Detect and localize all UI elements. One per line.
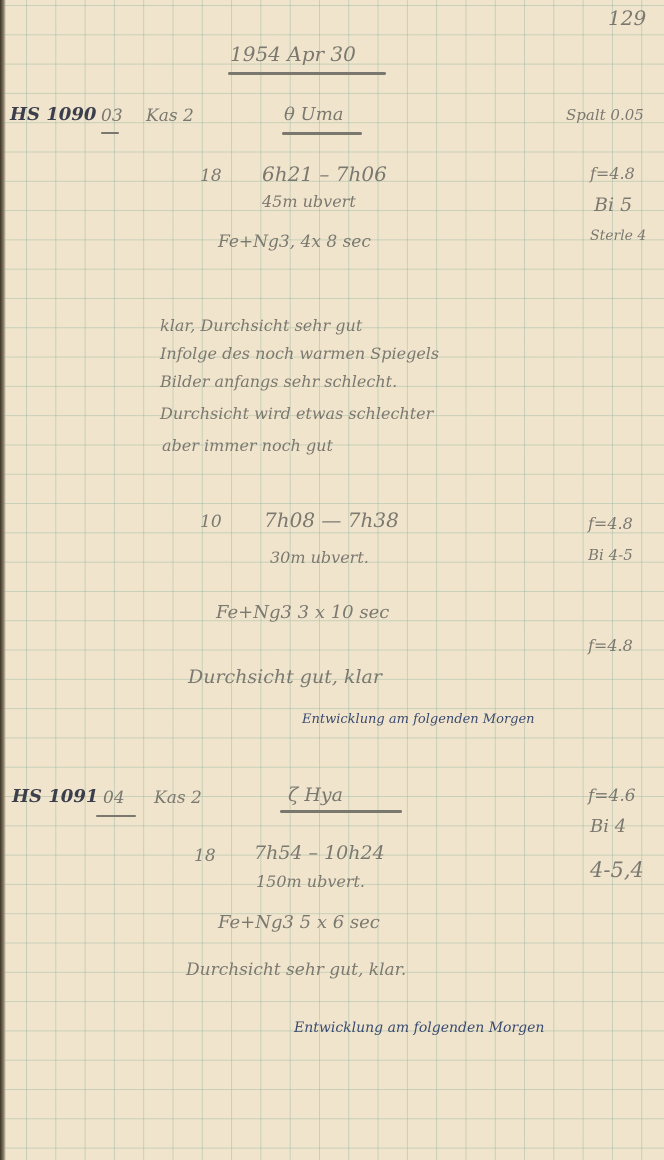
remark-line-1: klar, Durchsicht sehr gut (160, 316, 362, 335)
exposure-duration-1: 45m ubvert (262, 192, 356, 211)
cassette-2: Kas 2 (154, 788, 202, 808)
focus-note-3: f=4.6 (588, 786, 636, 806)
plate-id-2: HS 1091 (12, 786, 98, 807)
exposure-time-2: 7h08 — 7h38 (264, 508, 399, 532)
plate-no-2: 04 (103, 788, 125, 808)
page-number: 129 (608, 6, 646, 30)
remark-2: Durchsicht gut, klar (188, 666, 382, 688)
remark-line-5: aber immer noch gut (162, 436, 333, 455)
focus-note-2b: f=4.8 (588, 636, 633, 655)
page-binding-edge (0, 0, 6, 1160)
comparison-3: Fe+Ng3 5 x 6 sec (218, 912, 380, 933)
comparison-1: Fe+Ng3, 4x 8 sec (218, 232, 371, 252)
exposure-count-3: 18 (194, 846, 216, 866)
focus-note-2: f=4.8 (588, 514, 633, 533)
plate-no-underline-2 (96, 815, 136, 817)
date-underline (228, 72, 386, 75)
focus-note-1: f=4.8 (590, 164, 635, 183)
object-underline-2 (280, 810, 402, 813)
exposure-time-1: 6h21 – 7h06 (262, 162, 387, 186)
slit-note-1: Spalt 0.05 (566, 106, 644, 124)
exposure-count-2: 10 (200, 512, 222, 532)
remark-line-3: Bilder anfangs sehr schlecht. (160, 372, 397, 391)
plate-no-1: 03 (101, 106, 123, 126)
development-note-1: Entwicklung am folgenden Morgen (302, 712, 535, 727)
comparison-2: Fe+Ng3 3 x 10 sec (216, 602, 389, 623)
seeing-note-1: Sterle 4 (590, 228, 646, 244)
image-quality-3: Bi 4 (590, 816, 626, 837)
exposure-count-1: 18 (200, 166, 222, 186)
exposure-time-3: 7h54 – 10h24 (254, 842, 385, 864)
plate-no-underline-1 (101, 132, 119, 134)
image-quality-2: Bi 4-5 (588, 546, 633, 564)
object-2: ζ Hya (288, 784, 343, 806)
development-note-2: Entwicklung am folgenden Morgen (294, 1020, 544, 1036)
remark-line-2: Infolge des noch warmen Spiegels (160, 344, 439, 363)
remark-line-4: Durchsicht wird etwas schlechter (160, 404, 433, 423)
cassette-1: Kas 2 (146, 106, 194, 126)
exposure-duration-2: 30m ubvert. (270, 548, 369, 567)
notebook-page: 129 1954 Apr 30 HS 1090 03 Kas 2 θ Uma S… (0, 0, 664, 1160)
seeing-note-3: 4-5,4 (590, 858, 644, 882)
remark-3: Durchsicht sehr gut, klar. (186, 960, 406, 980)
exposure-duration-3: 150m ubvert. (256, 872, 365, 891)
object-1: θ Uma (284, 104, 344, 125)
plate-id-1: HS 1090 (10, 104, 96, 125)
date-heading: 1954 Apr 30 (230, 42, 356, 66)
object-underline-1 (282, 132, 362, 135)
image-quality-1: Bi 5 (594, 194, 632, 216)
